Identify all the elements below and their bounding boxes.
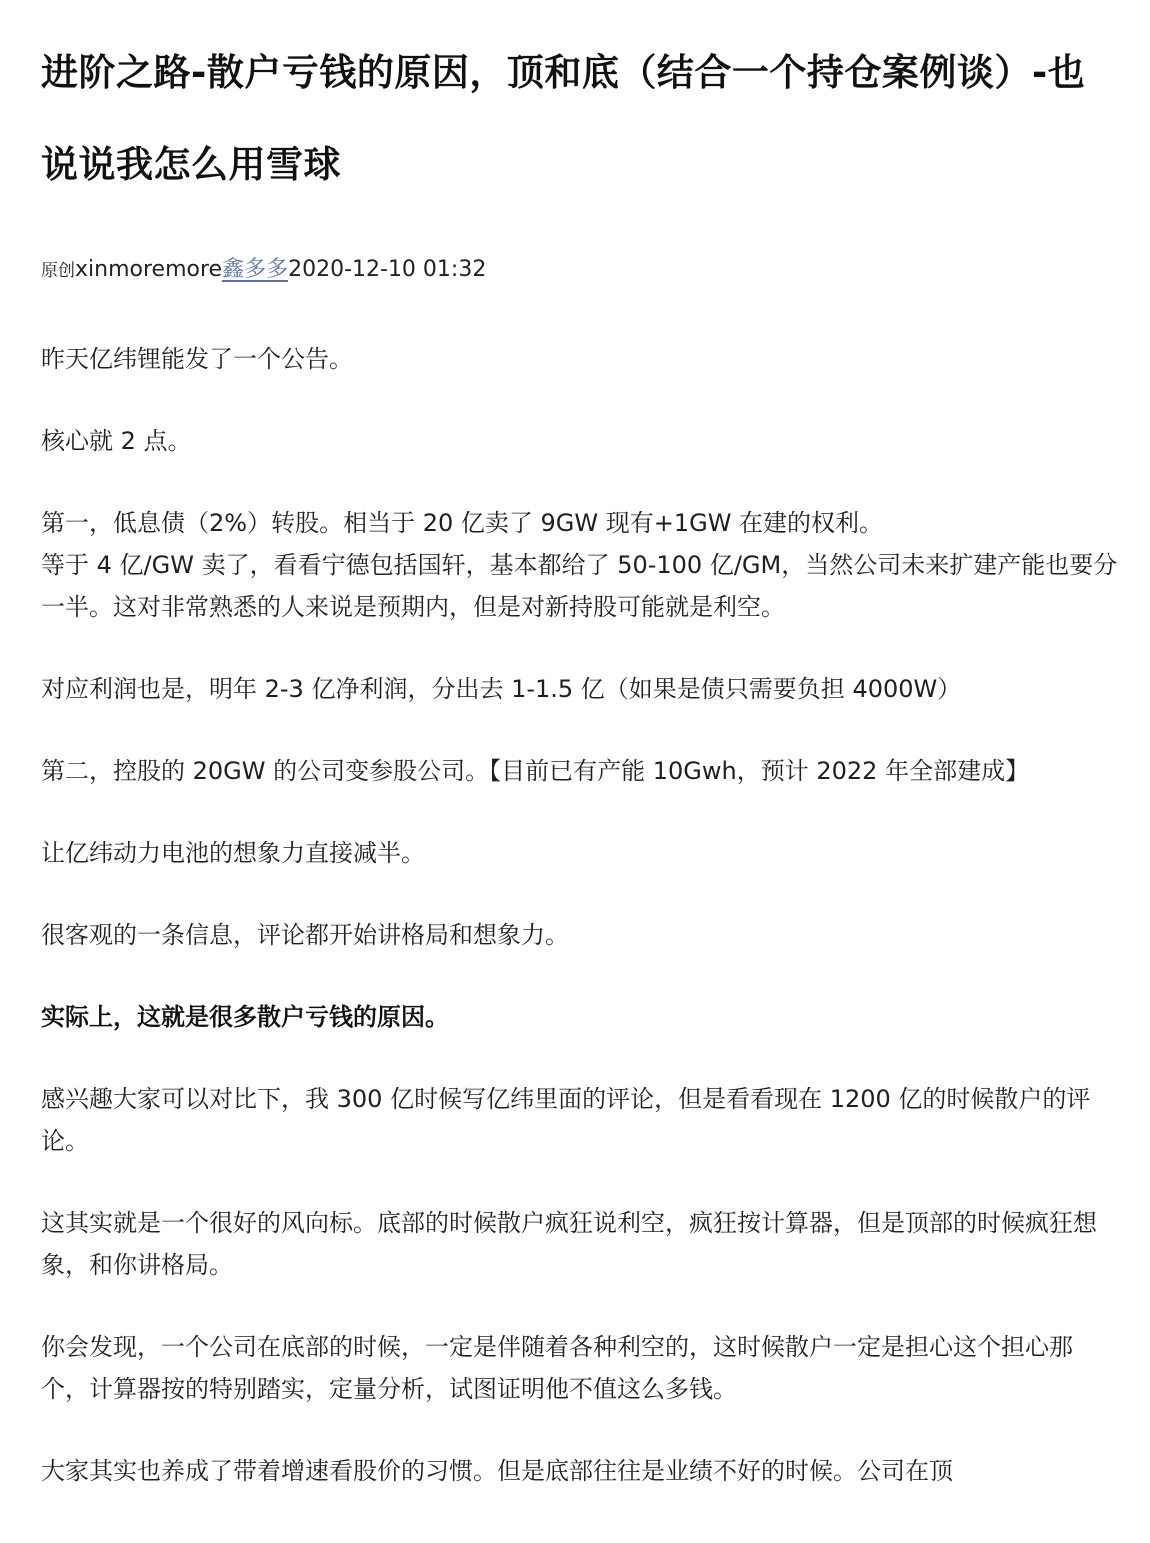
highlight-paragraph: 实际上，这就是很多散户亏钱的原因。 [41,996,1120,1038]
paragraph: 大家其实也养成了带着增速看股价的习惯。但是底部往往是业绩不好的时候。公司在顶 [41,1450,1120,1492]
original-label: 原创 [41,261,75,281]
paragraph: 第二，控股的 20GW 的公司变参股公司。【目前已有产能 10Gwh，预计 20… [41,750,1120,792]
paragraph: 很客观的一条信息，评论都开始讲格局和想象力。 [41,914,1120,956]
paragraph: 对应利润也是，明年 2-3 亿净利润，分出去 1-1.5 亿（如果是债只需要负担… [41,668,1120,710]
publish-datetime: 2020-12-10 01:32 [288,257,486,282]
paragraph: 感兴趣大家可以对比下，我 300 亿时候写亿纬里面的评论，但是看看现在 1200… [41,1078,1120,1162]
paragraph-line: 第一，低息债（2%）转股。相当于 20 亿卖了 9GW 现有+1GW 在建的权利… [41,502,1120,544]
paragraph-line: 等于 4 亿/GW 卖了，看看宁德包括国轩，基本都给了 50-100 亿/GM，… [41,544,1120,628]
paragraph: 这其实就是一个很好的风向标。底部的时候散户疯狂说利空，疯狂按计算器，但是顶部的时… [41,1202,1120,1286]
article-body: 昨天亿纬锂能发了一个公告。 核心就 2 点。 第一，低息债（2%）转股。相当于 … [41,338,1120,1492]
article: 进阶之路-散户亏钱的原因，顶和底（结合一个持仓案例谈）-也说说我怎么用雪球 原创… [0,27,1150,1492]
paragraph: 你会发现，一个公司在底部的时候，一定是伴随着各种利空的，这时候散户一定是担心这个… [41,1326,1120,1410]
paragraph: 核心就 2 点。 [41,420,1120,462]
paragraph: 第一，低息债（2%）转股。相当于 20 亿卖了 9GW 现有+1GW 在建的权利… [41,502,1120,628]
paragraph: 让亿纬动力电池的想象力直接减半。 [41,832,1120,874]
author-name: xinmoremore [75,257,222,282]
article-meta: 原创xinmoremore鑫多多2020-12-10 01:32 [41,255,1120,286]
account-link[interactable]: 鑫多多 [222,257,288,282]
article-title: 进阶之路-散户亏钱的原因，顶和底（结合一个持仓案例谈）-也说说我怎么用雪球 [41,27,1120,211]
paragraph: 昨天亿纬锂能发了一个公告。 [41,338,1120,380]
